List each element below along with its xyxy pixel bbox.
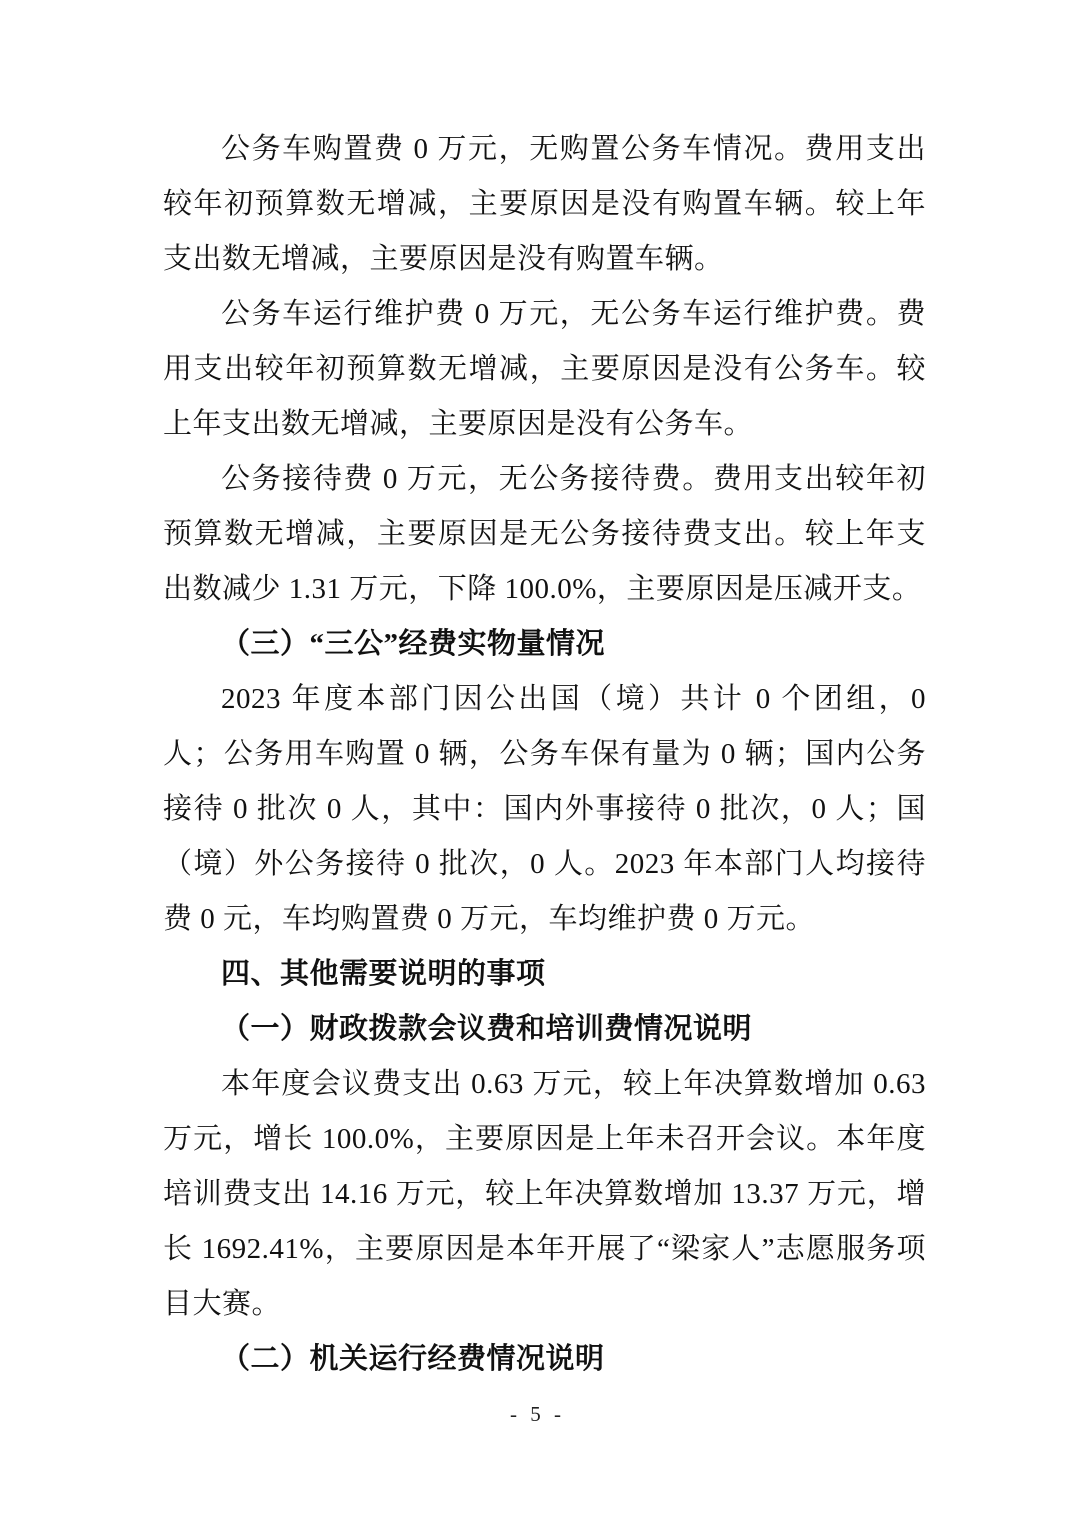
paragraph-meeting-training-fees: 本年度会议费支出 0.63 万元，较上年决算数增加 0.63 万元，增长 100…: [163, 1057, 926, 1332]
paragraph-official-vehicle-purchase: 公务车购置费 0 万元，无购置公务车情况。费用支出较年初预算数无增减，主要原因是…: [163, 122, 926, 287]
paragraph-official-vehicle-maintenance: 公务车运行维护费 0 万元，无公务车运行维护费。费用支出较年初预算数无增减，主要…: [163, 287, 926, 452]
paragraph-sangong-physical-quantity: 2023 年度本部门因公出国（境）共计 0 个团组，0 人；公务用车购置 0 辆…: [163, 672, 926, 947]
document-body: 公务车购置费 0 万元，无购置公务车情况。费用支出较年初预算数无增减，主要原因是…: [163, 122, 926, 1387]
page-number: - 5 -: [0, 1402, 1075, 1427]
heading-sangong-physical-quantity: （三）“三公”经费实物量情况: [163, 617, 926, 672]
paragraph-official-reception: 公务接待费 0 万元，无公务接待费。费用支出较年初预算数无增减，主要原因是无公务…: [163, 452, 926, 617]
heading-other-matters: 四、其他需要说明的事项: [163, 947, 926, 1002]
heading-meeting-training-fees: （一）财政拨款会议费和培训费情况说明: [163, 1002, 926, 1057]
document-page: 公务车购置费 0 万元，无购置公务车情况。费用支出较年初预算数无增减，主要原因是…: [0, 0, 1075, 1520]
heading-agency-operating-funds: （二）机关运行经费情况说明: [163, 1332, 926, 1387]
